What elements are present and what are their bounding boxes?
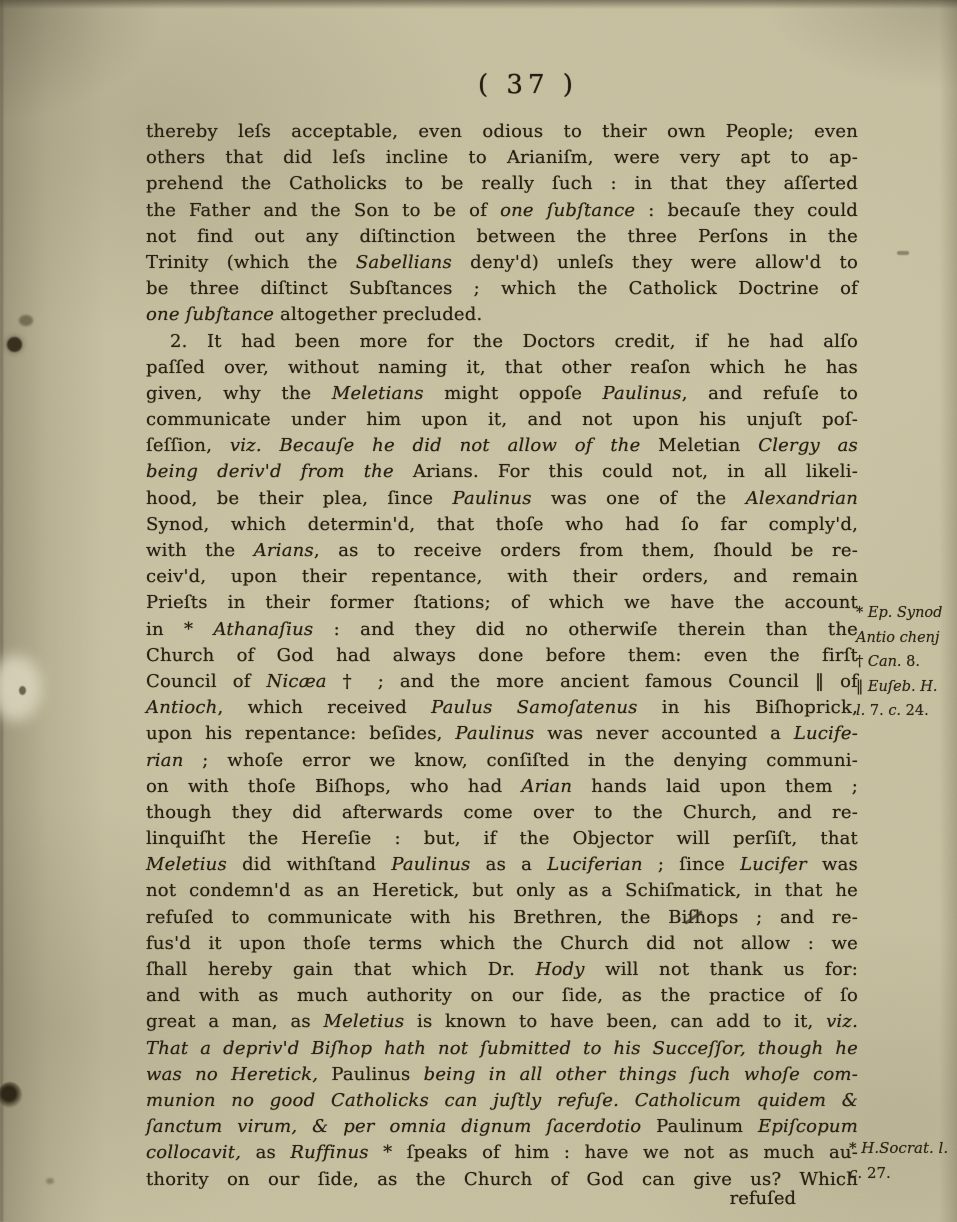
text-line: given, why the Meletians might oppoſe Pa…	[146, 381, 858, 407]
text-segment: viz. Becauſe he did not allow of the	[230, 435, 658, 456]
text-segment: is known to have been, can add to it,	[404, 1011, 826, 1032]
text-line: others that did leſs incline to Arianiſm…	[146, 145, 858, 171]
text-segment: Paulinus	[331, 1064, 423, 1085]
text-line: not find out any diſtinction between the…	[146, 224, 858, 250]
text-segment: , and refuſe to	[682, 383, 858, 404]
catchword: refuſed	[146, 1186, 858, 1212]
text-segment: Luciferian	[547, 854, 642, 875]
body-text: thereby leſs acceptable, even odious to …	[146, 119, 858, 1193]
text-line: prehend the Catholicks to be really ſuch…	[146, 171, 858, 197]
text-line: was no Heretick, Paulinus being in all o…	[146, 1062, 858, 1088]
marginal-citation-socrates: * H.Socrat. l.c. 27.	[849, 1136, 957, 1185]
text-segment: others that did leſs incline to Arianiſm…	[146, 147, 858, 168]
text-line: not condemn'd as an Heretick, but only a…	[146, 878, 858, 904]
text-segment: as a	[471, 854, 548, 875]
text-line: That a depriv'd Biſhop hath not ſubmitte…	[146, 1036, 858, 1062]
text-line: great a man, as Meletius is known to hav…	[146, 1009, 858, 1035]
text-line: munion no good Catholicks can juſtly ref…	[146, 1088, 858, 1114]
text-segment: Arians	[254, 540, 314, 561]
text-segment: , as to receive orders from them, ſhould…	[314, 540, 858, 561]
text-segment: ceiv'd, upon their repentance, with thei…	[146, 566, 858, 587]
text-line: Synod, which determin'd, that thoſe who …	[146, 512, 858, 538]
text-segment: Lucife-	[794, 723, 858, 744]
catchword-text: refuſed	[730, 1188, 796, 1209]
text-segment: That a depriv'd Biſhop hath not ſubmitte…	[146, 1038, 858, 1059]
marginal-citation-synod: * Ep. SynodAntio chenj† Can. 8.‖ Euſeb. …	[856, 601, 957, 724]
text-segment: Ep. Synod	[868, 605, 943, 621]
text-line: with the Arians, as to receive orders fr…	[146, 538, 858, 564]
text-segment: refuſed to communicate with his Brethren…	[146, 907, 858, 928]
text-segment: 27.	[862, 1164, 891, 1182]
text-segment: Council of	[146, 671, 267, 692]
text-segment: *	[849, 1139, 861, 1157]
text-segment: ‖	[856, 679, 868, 695]
text-segment: not find out any diſtinction between the…	[146, 226, 858, 247]
text-segment: Sabellians	[356, 252, 452, 273]
text-segment: on with thoſe Biſhops, who had	[146, 776, 521, 797]
text-segment: prehend the Catholicks to be really ſuch…	[146, 173, 858, 194]
note-line: l. 7. c. 24.	[856, 699, 957, 724]
ink-speck	[19, 686, 26, 695]
text-line: Council of Nicæa † ; and the more ancien…	[146, 669, 858, 695]
text-segment: upon his repentance: beſides,	[146, 723, 455, 744]
wormhole-spot	[0, 1082, 22, 1108]
text-line: Trinity (which the Sabellians deny'd) un…	[146, 250, 858, 276]
text-segment: in *	[146, 619, 214, 640]
text-segment: Hody	[536, 959, 585, 980]
text-segment: Paulinus	[603, 383, 682, 404]
text-segment: Prieſts in their former ſtations; of whi…	[146, 592, 858, 613]
note-line: * H.Socrat. l.	[849, 1136, 957, 1161]
text-segment: Paulinum	[656, 1116, 758, 1137]
text-segment: being deriv'd from the	[146, 461, 413, 482]
text-segment: Meletius	[146, 854, 227, 875]
text-segment: Euſeb. H.	[868, 679, 938, 695]
text-segment: l.	[856, 703, 865, 719]
worn-paper-patch	[0, 655, 42, 721]
text-segment: 8.	[902, 654, 920, 670]
text-segment: will not thank us for:	[585, 959, 858, 980]
text-line: on with thoſe Biſhops, who had Arian han…	[146, 774, 858, 800]
text-segment: *	[856, 605, 868, 621]
text-line: hood, be their plea, ſince Paulinus was …	[146, 486, 858, 512]
text-segment: ; ſince	[643, 854, 740, 875]
text-segment: thereby leſs acceptable, even odious to …	[146, 121, 858, 142]
text-segment: Epiſcopum	[758, 1116, 858, 1137]
text-segment: being in all other things ſuch whoſe com…	[424, 1064, 858, 1085]
note-line: c. 27.	[849, 1161, 957, 1186]
text-segment: was no Heretick,	[146, 1064, 331, 1085]
text-line: Meletius did withſtand Paulinus as a Luc…	[146, 852, 858, 878]
text-segment: and with as much authority on our ſide, …	[146, 985, 858, 1006]
text-segment: ſanctum virum, & per omnia dignum ſacerd…	[146, 1116, 656, 1137]
text-segment: rian	[146, 750, 184, 771]
text-segment: the Father and the Son to be of	[146, 200, 500, 221]
text-segment: H.Socrat. l.	[861, 1139, 948, 1157]
text-line: in * Athanaſius : and they did no otherw…	[146, 617, 858, 643]
note-line: † Can. 8.	[856, 650, 957, 675]
text-segment: did withſtand	[227, 854, 391, 875]
text-segment: Antio chenj	[856, 630, 940, 646]
text-segment: ſeſſion,	[146, 435, 230, 456]
text-line: one ſubſtance altogether precluded.	[146, 302, 858, 328]
text-line: refuſed to communicate with his Brethren…	[146, 905, 858, 931]
text-segment: viz.	[826, 1011, 858, 1032]
text-segment: Paulinus	[391, 854, 470, 875]
text-segment: with the	[146, 540, 254, 561]
text-segment: Paulus Samoſatenus	[431, 697, 637, 718]
text-line: being deriv'd from the Arians. For this …	[146, 459, 858, 485]
text-segment: linquiſht the Hereſie : but, if the Obje…	[146, 828, 858, 849]
text-line: upon his repentance: beſides, Paulinus w…	[146, 721, 858, 747]
text-line: though they did afterwards come over to …	[146, 800, 858, 826]
text-segment: not condemn'd as an Heretick, but only a…	[146, 880, 858, 901]
text-line: the Father and the Son to be of one ſubſ…	[146, 198, 858, 224]
stray-mark	[897, 251, 909, 255]
text-segment: Lucifer	[740, 854, 807, 875]
text-line: be three diſtinct Subſtances ; which the…	[146, 276, 858, 302]
text-segment: communicate under him upon it, and not u…	[146, 409, 858, 430]
text-segment: Paulinus	[452, 488, 531, 509]
note-line: ‖ Euſeb. H.	[856, 675, 957, 700]
text-segment: Catholicum quidem &	[635, 1090, 858, 1111]
text-segment: Antioch	[146, 697, 218, 718]
text-segment: c.	[888, 703, 901, 719]
text-segment: Meletius	[323, 1011, 404, 1032]
text-line: rian ; whoſe error we know, conſiſted in…	[146, 748, 858, 774]
text-segment: was	[807, 854, 858, 875]
text-segment: Ruffinus	[290, 1142, 383, 1163]
text-segment: Church of God had always done before the…	[146, 645, 858, 666]
note-line: * Ep. Synod	[856, 601, 957, 626]
text-segment: great a man, as	[146, 1011, 323, 1032]
text-segment: in his Biſhoprick,	[638, 697, 858, 718]
text-segment: †	[856, 654, 868, 670]
text-segment: c.	[849, 1164, 862, 1182]
text-segment: 7.	[865, 703, 888, 719]
text-segment: given, why the	[146, 383, 332, 404]
text-line: Church of God had always done before the…	[146, 643, 858, 669]
left-edge-crease	[0, 0, 3, 1222]
text-segment: * ſpeaks of him : have we not as much au…	[383, 1142, 858, 1163]
text-segment: , which received	[218, 697, 432, 718]
text-segment: munion no good Catholicks can juſtly ref…	[146, 1090, 635, 1111]
text-segment: was one of the	[532, 488, 746, 509]
text-segment: collocavit,	[146, 1142, 256, 1163]
text-segment: Meletians	[332, 383, 424, 404]
text-segment: fus'd it upon thoſe terms which the Chur…	[146, 933, 858, 954]
text-line: paſſed over, without naming it, that oth…	[146, 355, 858, 381]
text-line: ceiv'd, upon their repentance, with thei…	[146, 564, 858, 590]
text-segment: ſhall hereby gain that which Dr.	[146, 959, 536, 980]
ink-speck	[19, 315, 33, 326]
text-line: ſhall hereby gain that which Dr. Hody wi…	[146, 957, 858, 983]
text-segment: one ſubſtance	[500, 200, 635, 221]
text-line: linquiſht the Hereſie : but, if the Obje…	[146, 826, 858, 852]
text-segment: : becauſe they could	[635, 200, 858, 221]
text-segment: 2. It had been more for the Doctors cred…	[170, 331, 858, 352]
text-segment: Trinity (which the	[146, 252, 356, 273]
text-line: ſanctum virum, & per omnia dignum ſacerd…	[146, 1114, 858, 1140]
text-segment: Athanaſius	[214, 619, 314, 640]
text-line: Antioch, which received Paulus Samoſaten…	[146, 695, 858, 721]
text-segment: : and they did no otherwiſe therein than…	[313, 619, 858, 640]
text-segment: one ſubſtance	[146, 304, 274, 325]
text-segment: ; whoſe error we know, conſiſted in the …	[184, 750, 859, 771]
text-line: thereby leſs acceptable, even odious to …	[146, 119, 858, 145]
text-segment: though they did afterwards come over to …	[146, 802, 858, 823]
text-line: Prieſts in their former ſtations; of whi…	[146, 590, 858, 616]
text-segment: hood, be their plea, ſince	[146, 488, 452, 509]
page-number: ( 37 )	[478, 70, 578, 100]
note-line: Antio chenj	[856, 626, 957, 651]
text-segment: Clergy as	[758, 435, 858, 456]
text-segment: as	[256, 1142, 291, 1163]
text-segment: hands laid upon them ;	[572, 776, 858, 797]
text-segment: Arians. For this could not, in all likel…	[413, 461, 858, 482]
text-segment: might oppoſe	[424, 383, 603, 404]
text-segment: Nicæa	[267, 671, 327, 692]
text-segment: was never accounted a	[535, 723, 794, 744]
text-segment: Paulinus	[455, 723, 534, 744]
text-segment: Alexandrian	[746, 488, 858, 509]
text-segment: altogether precluded.	[274, 304, 482, 325]
text-segment: paſſed over, without naming it, that oth…	[146, 357, 858, 378]
text-line: ſeſſion, viz. Becauſe he did not allow o…	[146, 433, 858, 459]
text-segment: Synod, which determin'd, that thoſe who …	[146, 514, 858, 535]
text-line: and with as much authority on our ſide, …	[146, 983, 858, 1009]
text-line: fus'd it upon thoſe terms which the Chur…	[146, 931, 858, 957]
text-segment: be three diſtinct Subſtances ; which the…	[146, 278, 858, 299]
text-line: collocavit, as Ruffinus * ſpeaks of him …	[146, 1140, 858, 1166]
text-segment: † ; and the more ancient famous Council …	[327, 671, 858, 692]
text-segment: Meletian	[658, 435, 758, 456]
text-line: communicate under him upon it, and not u…	[146, 407, 858, 433]
book-page: ( 37 ) thereby leſs acceptable, even odi…	[0, 0, 957, 1222]
text-segment: Arian	[521, 776, 572, 797]
ink-speck	[46, 1178, 54, 1184]
ink-blot	[7, 337, 22, 352]
text-line: 2. It had been more for the Doctors cred…	[146, 329, 858, 355]
text-segment: deny'd) unleſs they were allow'd to	[452, 252, 858, 273]
text-segment: 24.	[901, 703, 929, 719]
text-segment: Can.	[868, 654, 902, 670]
